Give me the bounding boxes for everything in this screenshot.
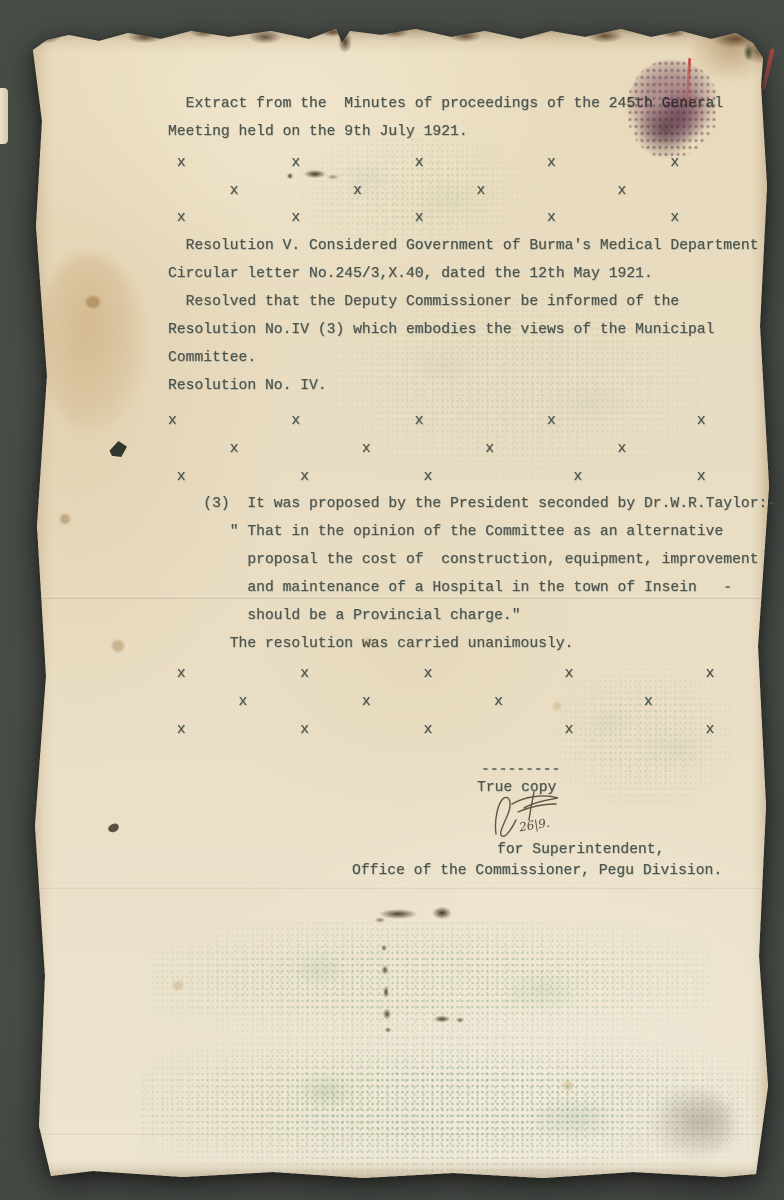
typewritten-line: x x x x [168, 183, 626, 200]
typewritten-text-layer: Extract from the Minutes of proceedings … [0, 0, 784, 1200]
typewritten-line: should be a Provincial charge." [168, 608, 521, 625]
typewritten-line: Committee. [168, 350, 256, 367]
signature-scrawl [482, 790, 582, 842]
typewritten-line: The resolution was carried unanimously. [168, 636, 573, 653]
typewritten-line: x x x x [168, 441, 626, 458]
typewritten-line: x x x x x [168, 666, 714, 683]
dashed-rule: --------- [481, 762, 560, 779]
scanned-document-photo: { "document": { "lines": [ " Extract fro… [0, 0, 784, 1200]
typewritten-line: " That in the opinion of the Committee a… [168, 524, 723, 541]
for-superintendent-line: for Superintendent, [497, 842, 664, 859]
typewritten-line: Resolution No.IV (3) which embodies the … [168, 322, 714, 339]
typewritten-line: x x x x x [168, 155, 679, 172]
typewritten-line: x x x x x [168, 469, 706, 486]
typewritten-line: (3) It was proposed by the President sec… [168, 496, 776, 513]
typewritten-line: x x x x x [168, 210, 679, 227]
typewritten-line: Resolution V. Considered Government of B… [168, 238, 759, 255]
dark-edge-mark [744, 44, 753, 61]
typewritten-line: proposal the cost of construction, equip… [168, 552, 759, 569]
typewritten-line: Resolved that the Deputy Commissioner be… [168, 294, 679, 311]
typewritten-line: Meeting held on the 9th July 1921. [168, 124, 468, 141]
office-commissioner-line: Office of the Commissioner, Pegu Divisio… [352, 863, 722, 880]
typewritten-line: and maintenance of a Hospital in the tow… [168, 580, 732, 597]
typewritten-line: x x x x x [168, 413, 706, 430]
typewritten-line: x x x x [168, 694, 653, 711]
typewritten-line: Circular letter No.245/3,X.40, dated the… [168, 266, 653, 283]
typewritten-line: x x x x x [168, 722, 714, 739]
typewritten-line: Resolution No. IV. [168, 378, 327, 395]
